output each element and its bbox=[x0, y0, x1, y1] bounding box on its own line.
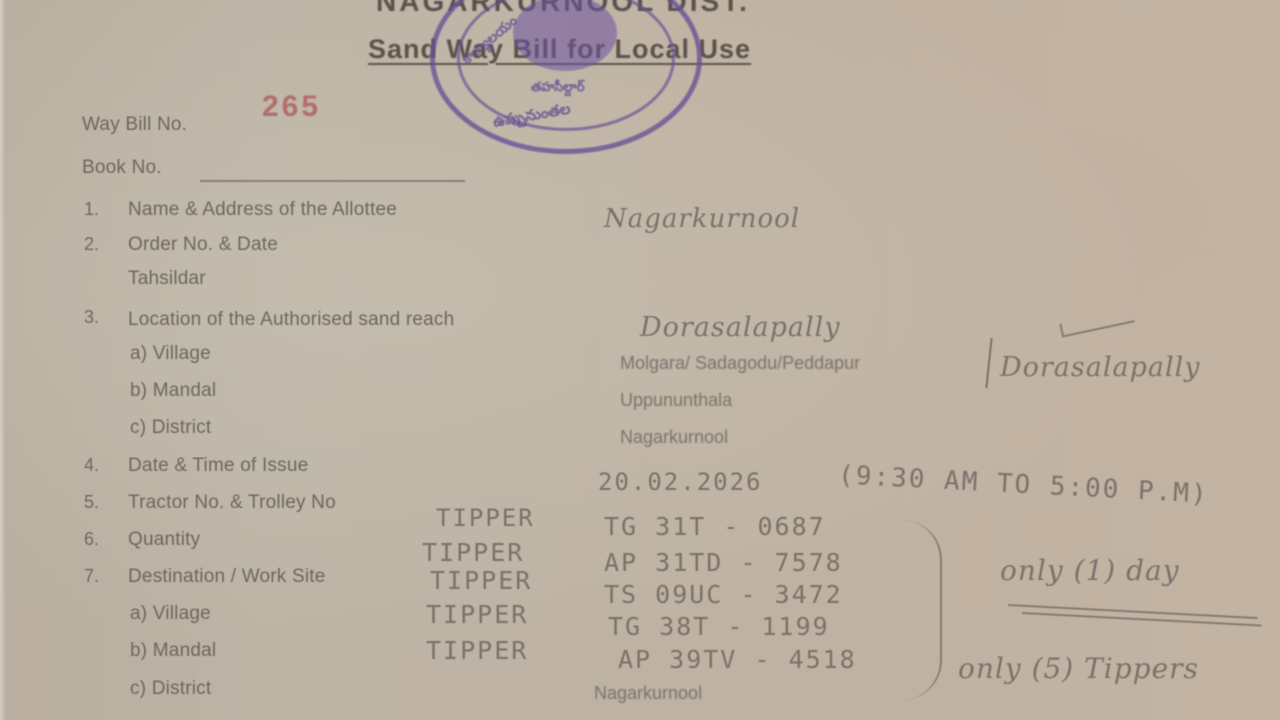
field-number-3: 3. bbox=[84, 307, 99, 328]
dest-mandal-label: b) Mandal bbox=[130, 640, 216, 662]
field-number-6: 6. bbox=[84, 529, 99, 550]
dest-district-label: c) District bbox=[130, 678, 211, 700]
vehicle-type-4: TIPPER bbox=[426, 600, 528, 629]
village-annotation: Dorasalapally bbox=[1000, 352, 1201, 383]
sand-reach-value: Dorasalapally bbox=[640, 312, 841, 343]
vehicle-no-label: Tractor No. & Trolley No bbox=[128, 492, 336, 514]
vehicle-number-4: TG 38T - 1199 bbox=[608, 612, 830, 641]
paper-edge bbox=[0, 0, 6, 720]
source-mandal-value: Uppununthala bbox=[620, 390, 732, 411]
vehicle-group-brace bbox=[900, 520, 942, 700]
tipper-limit-note: only (5) Tippers bbox=[958, 652, 1199, 685]
book-no-label: Book No. bbox=[82, 157, 162, 179]
tahsildar-label: Tahsildar bbox=[128, 268, 206, 290]
vehicle-number-3: TS 09UC - 3472 bbox=[604, 580, 843, 609]
field-number-5: 5. bbox=[84, 492, 99, 513]
dest-district-value: Nagarkurnool bbox=[594, 683, 702, 704]
vehicle-number-2: AP 31TD - 7578 bbox=[604, 548, 843, 577]
validity-note: only (1) day bbox=[1000, 554, 1180, 587]
vehicle-number-1: TG 31T - 0687 bbox=[604, 512, 826, 541]
field-number-2: 2. bbox=[84, 234, 99, 255]
allottee-value: Nagarkurnool bbox=[604, 204, 800, 234]
allottee-label: Name & Address of the Allottee bbox=[128, 199, 397, 221]
vehicle-type-2: TIPPER bbox=[422, 538, 524, 567]
way-bill-number: 265 bbox=[262, 90, 321, 124]
source-village-value: Molgara/ Sadagodu/Peddapur bbox=[620, 353, 860, 374]
stamp-text-center: తహసీల్దార్ bbox=[531, 79, 585, 98]
order-no-label: Order No. & Date bbox=[128, 234, 278, 256]
field-number-7: 7. bbox=[84, 566, 99, 587]
book-no-blank-line bbox=[200, 180, 465, 182]
issue-date-value: 20.02.2026 bbox=[598, 468, 763, 496]
vehicle-number-5: AP 39TV - 4518 bbox=[618, 645, 857, 674]
vehicle-type-3: TIPPER bbox=[430, 566, 532, 595]
field-number-1: 1. bbox=[84, 199, 99, 220]
source-district-label: c) District bbox=[130, 417, 211, 439]
issue-datetime-label: Date & Time of Issue bbox=[128, 455, 308, 477]
source-mandal-label: b) Mandal bbox=[130, 380, 216, 402]
field-number-4: 4. bbox=[84, 455, 99, 476]
quantity-label: Quantity bbox=[128, 529, 200, 551]
destination-label: Destination / Work Site bbox=[128, 566, 326, 588]
way-bill-label: Way Bill No. bbox=[82, 114, 187, 136]
sand-reach-label: Location of the Authorised sand reach bbox=[128, 309, 454, 331]
dest-village-label: a) Village bbox=[130, 603, 211, 625]
vehicle-type-5: TIPPER bbox=[426, 636, 528, 665]
vehicle-type-1: TIPPER bbox=[436, 504, 535, 532]
source-district-value: Nagarkurnool bbox=[620, 427, 728, 448]
source-village-label: a) Village bbox=[130, 343, 211, 365]
